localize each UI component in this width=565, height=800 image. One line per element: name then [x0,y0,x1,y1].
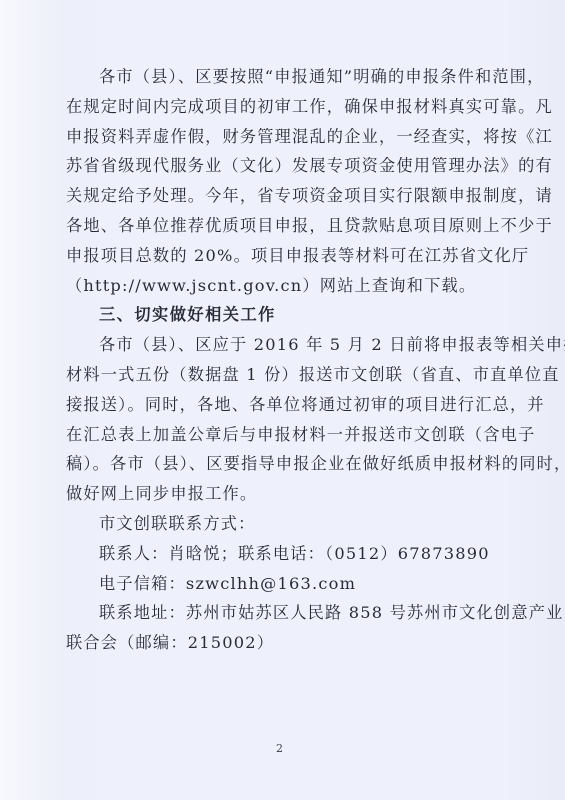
document-body: 各市（县）、区要按照“申报通知”明确的申报条件和范围， 在规定时间内完成项目的初… [66,62,506,658]
paragraph-1-line-4: 苏省省级现代服务业（文化）发展专项资金使用管理办法》的有 [66,151,506,181]
paragraph-1-line-6: 各地、各单位推荐优质项目申报，且贷款贴息项目原则上不少于 [66,211,506,241]
paragraph-1-line-5: 关规定给予处理。今年，省专项资金项目实行限额申报制度，请 [66,181,506,211]
contact-address-line-1: 联系地址：苏州市姑苏区人民路 858 号苏州市文化创意产业 [66,598,506,628]
paragraph-1-line-2: 在规定时间内完成项目的初审工作，确保申报材料真实可靠。凡 [66,92,506,122]
document-page: 各市（县）、区要按照“申报通知”明确的申报条件和范围， 在规定时间内完成项目的初… [0,0,565,800]
contact-address-line-2: 联合会（邮编：215002） [66,628,506,658]
contact-title: 市文创联联系方式： [66,509,506,539]
contact-email: 电子信箱：szwclhh@163.com [66,569,506,599]
paragraph-2-line-6: 做好网上同步申报工作。 [66,479,506,509]
scan-edge-shadow [0,0,60,800]
paragraph-2-line-2: 材料一式五份（数据盘 1 份）报送市文创联（省直、市直单位直 [66,360,506,390]
contact-person: 联系人：肖晗悦；联系电话：（0512）67873890 [66,539,506,569]
paragraph-2-line-5: 稿）。各市（县）、区要指导申报企业在做好纸质申报材料的同时， [66,449,506,479]
paragraph-2-line-4: 在汇总表上加盖公章后与申报材料一并报送市文创联（含电子 [66,420,506,450]
section-heading: 三、切实做好相关工作 [66,300,506,330]
paragraph-1-line-7: 申报项目总数的 20%。项目申报表等材料可在江苏省文化厅 [66,241,506,271]
paragraph-2-line-3: 接报送）。同时，各地、各单位将通过初审的项目进行汇总，并 [66,390,506,420]
paragraph-1-line-3: 申报资料弄虚作假，财务管理混乱的企业，一经查实，将按《江 [66,122,506,152]
paragraph-2-line-1: 各市（县）、区应于 2016 年 5 月 2 日前将申报表等相关申报 [66,330,506,360]
page-number: 2 [276,742,283,755]
paragraph-1-line-1: 各市（县）、区要按照“申报通知”明确的申报条件和范围， [66,62,506,92]
paragraph-1-line-8: （http://www.jscnt.gov.cn）网站上查询和下载。 [66,271,506,301]
